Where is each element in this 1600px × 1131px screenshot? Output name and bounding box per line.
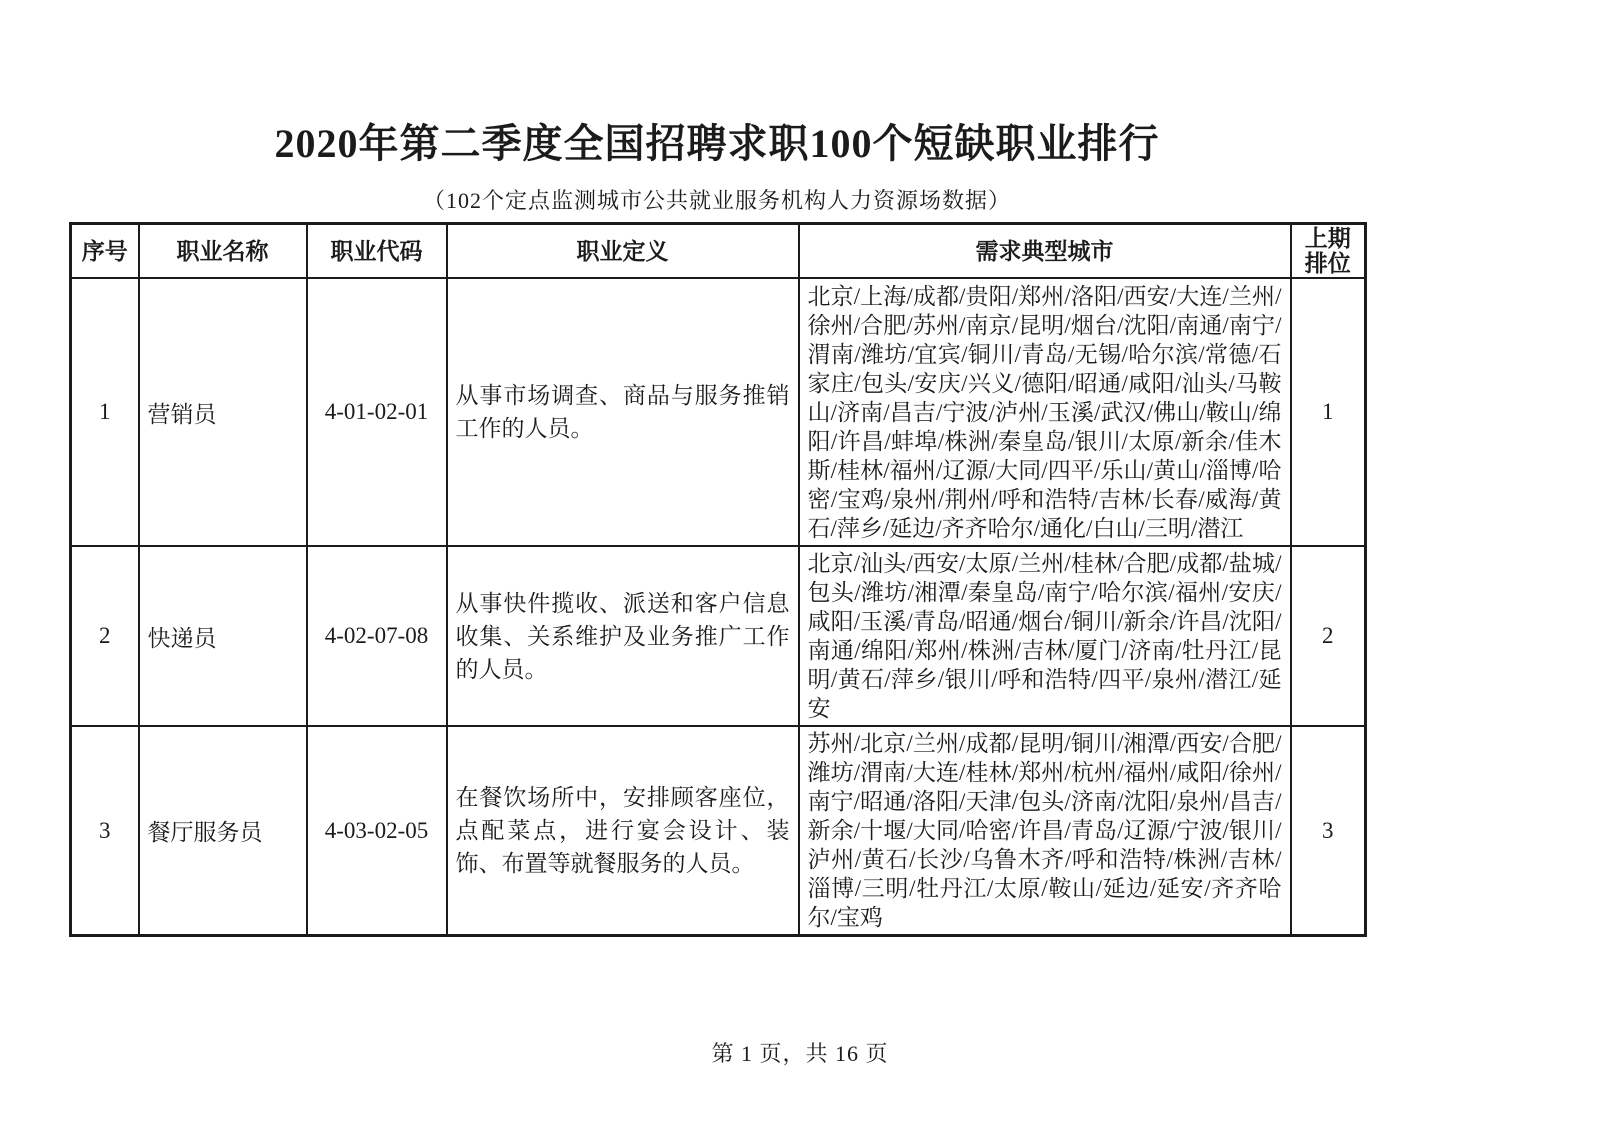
cell-no: 1 (71, 278, 139, 546)
header-cell-occupation-name: 职业名称 (139, 224, 307, 279)
header-cell-previous-rank: 上期排位 (1291, 224, 1366, 279)
cell-demand-cities: 北京/上海/成都/贵阳/郑州/洛阳/西安/大连/兰州/徐州/合肥/苏州/南京/昆… (799, 278, 1291, 546)
shortage-occupations-table: 序号 职业名称 职业代码 职业定义 需求典型城市 上期排位 1 营销员 4-01… (69, 222, 1367, 937)
cell-previous-rank: 1 (1291, 278, 1366, 546)
page-title: 2020年第二季度全国招聘求职100个短缺职业排行 (70, 112, 1364, 169)
header-cell-occupation-definition: 职业定义 (447, 224, 799, 279)
cell-occupation-definition: 从事快件揽收、派送和客户信息收集、关系维护及业务推广工作的人员。 (447, 546, 799, 726)
cell-occupation-code: 4-03-02-05 (307, 726, 447, 936)
cell-occupation-name: 快递员 (139, 546, 307, 726)
document-page: 2020年第二季度全国招聘求职100个短缺职业排行 （102个定点监测城市公共就… (0, 0, 1600, 1131)
cell-occupation-code: 4-01-02-01 (307, 278, 447, 546)
cell-no: 2 (71, 546, 139, 726)
cell-previous-rank: 3 (1291, 726, 1366, 936)
cell-occupation-definition: 在餐饮场所中，安排顾客座位，点配菜点，进行宴会设计、装饰、布置等就餐服务的人员。 (447, 726, 799, 936)
page-footer: 第 1 页，共 16 页 (0, 1037, 1600, 1068)
table-row: 3 餐厅服务员 4-03-02-05 在餐饮场所中，安排顾客座位，点配菜点，进行… (71, 726, 1366, 936)
cell-occupation-name: 餐厅服务员 (139, 726, 307, 936)
cell-demand-cities: 北京/汕头/西安/太原/兰州/桂林/合肥/成都/盐城/包头/潍坊/湘潭/秦皇岛/… (799, 546, 1291, 726)
cell-occupation-name: 营销员 (139, 278, 307, 546)
table-row: 1 营销员 4-01-02-01 从事市场调查、商品与服务推销工作的人员。 北京… (71, 278, 1366, 546)
cell-previous-rank: 2 (1291, 546, 1366, 726)
page-subtitle: （102个定点监测城市公共就业服务机构人力资源场数据） (70, 184, 1364, 215)
cell-no: 3 (71, 726, 139, 936)
header-row: 序号 职业名称 职业代码 职业定义 需求典型城市 上期排位 (71, 224, 1366, 279)
cell-occupation-definition: 从事市场调查、商品与服务推销工作的人员。 (447, 278, 799, 546)
header-cell-occupation-code: 职业代码 (307, 224, 447, 279)
header-cell-demand-cities: 需求典型城市 (799, 224, 1291, 279)
table-row: 2 快递员 4-02-07-08 从事快件揽收、派送和客户信息收集、关系维护及业… (71, 546, 1366, 726)
cell-occupation-code: 4-02-07-08 (307, 546, 447, 726)
header-cell-no: 序号 (71, 224, 139, 279)
cell-demand-cities: 苏州/北京/兰州/成都/昆明/铜川/湘潭/西安/合肥/潍坊/渭南/大连/桂林/郑… (799, 726, 1291, 936)
